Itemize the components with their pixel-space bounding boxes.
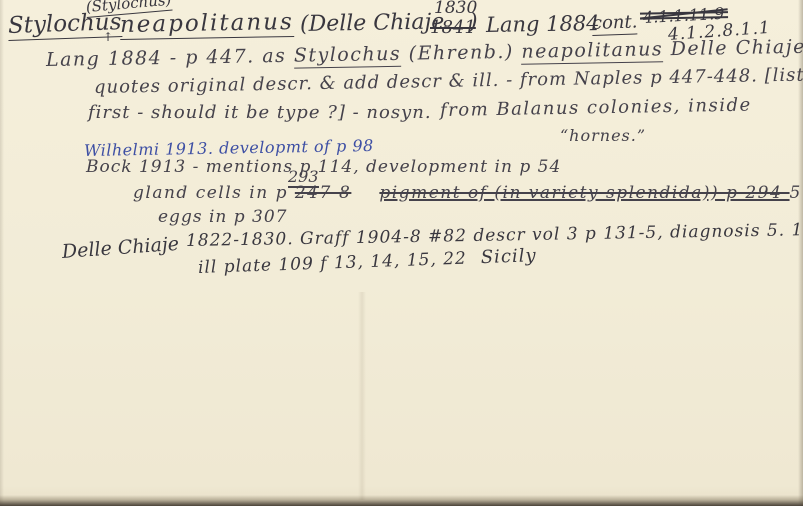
insertion-caret-mark: ↑ <box>103 30 113 44</box>
bock-crossed-note: pigment of (in variety splendida)) p 294… <box>379 183 789 203</box>
title-citation-cont: cont. <box>592 11 638 36</box>
bock-page-correction: 293 <box>288 167 319 188</box>
lang-entry-line2: quotes original descr. & add descr & ill… <box>94 64 803 98</box>
card-bottom-edge-shadow <box>0 495 803 506</box>
index-card: Stylochus (Stylochus) ↑ neapolitanus (De… <box>0 0 803 506</box>
lang-entry-line1: Lang 1884 - p 447. as Stylochus (Ehrenb.… <box>46 35 803 71</box>
delle-chiaje-name: Delle Chiaje <box>61 233 179 263</box>
locality: Sicily <box>480 245 537 268</box>
card-left-edge-shadow <box>0 0 4 506</box>
lang-entry-quote-hornes: “hornes.” <box>560 126 646 145</box>
title-citation: Lang 1884 <box>486 11 600 37</box>
bock-entry-line2: gland cells in p 247-8pigment of (in var… <box>133 183 802 203</box>
lang-entry-line3a: first - should it be type ?] - nosyn. <box>88 102 432 123</box>
delle-chiaje-line2: ill plate 109 f 13, 14, 15, 22Sicily <box>198 245 537 278</box>
title-species: neapolitanus <box>120 9 294 40</box>
title-authority: (Delle Chiaje <box>300 9 445 37</box>
lang-entry-line3b: from Balanus colonies, inside <box>440 95 752 121</box>
title-authority-close: ) <box>469 10 478 35</box>
card-crease <box>358 292 366 500</box>
lang-genus: Stylochus <box>294 43 402 69</box>
lang-species: neapolitanus <box>521 38 663 64</box>
card-right-edge-shadow <box>798 0 803 506</box>
bock-entry-line3: eggs in p 307 <box>158 207 287 227</box>
bock-entry-line1: Bock 1913 - mentions p 114, development … <box>86 157 561 177</box>
